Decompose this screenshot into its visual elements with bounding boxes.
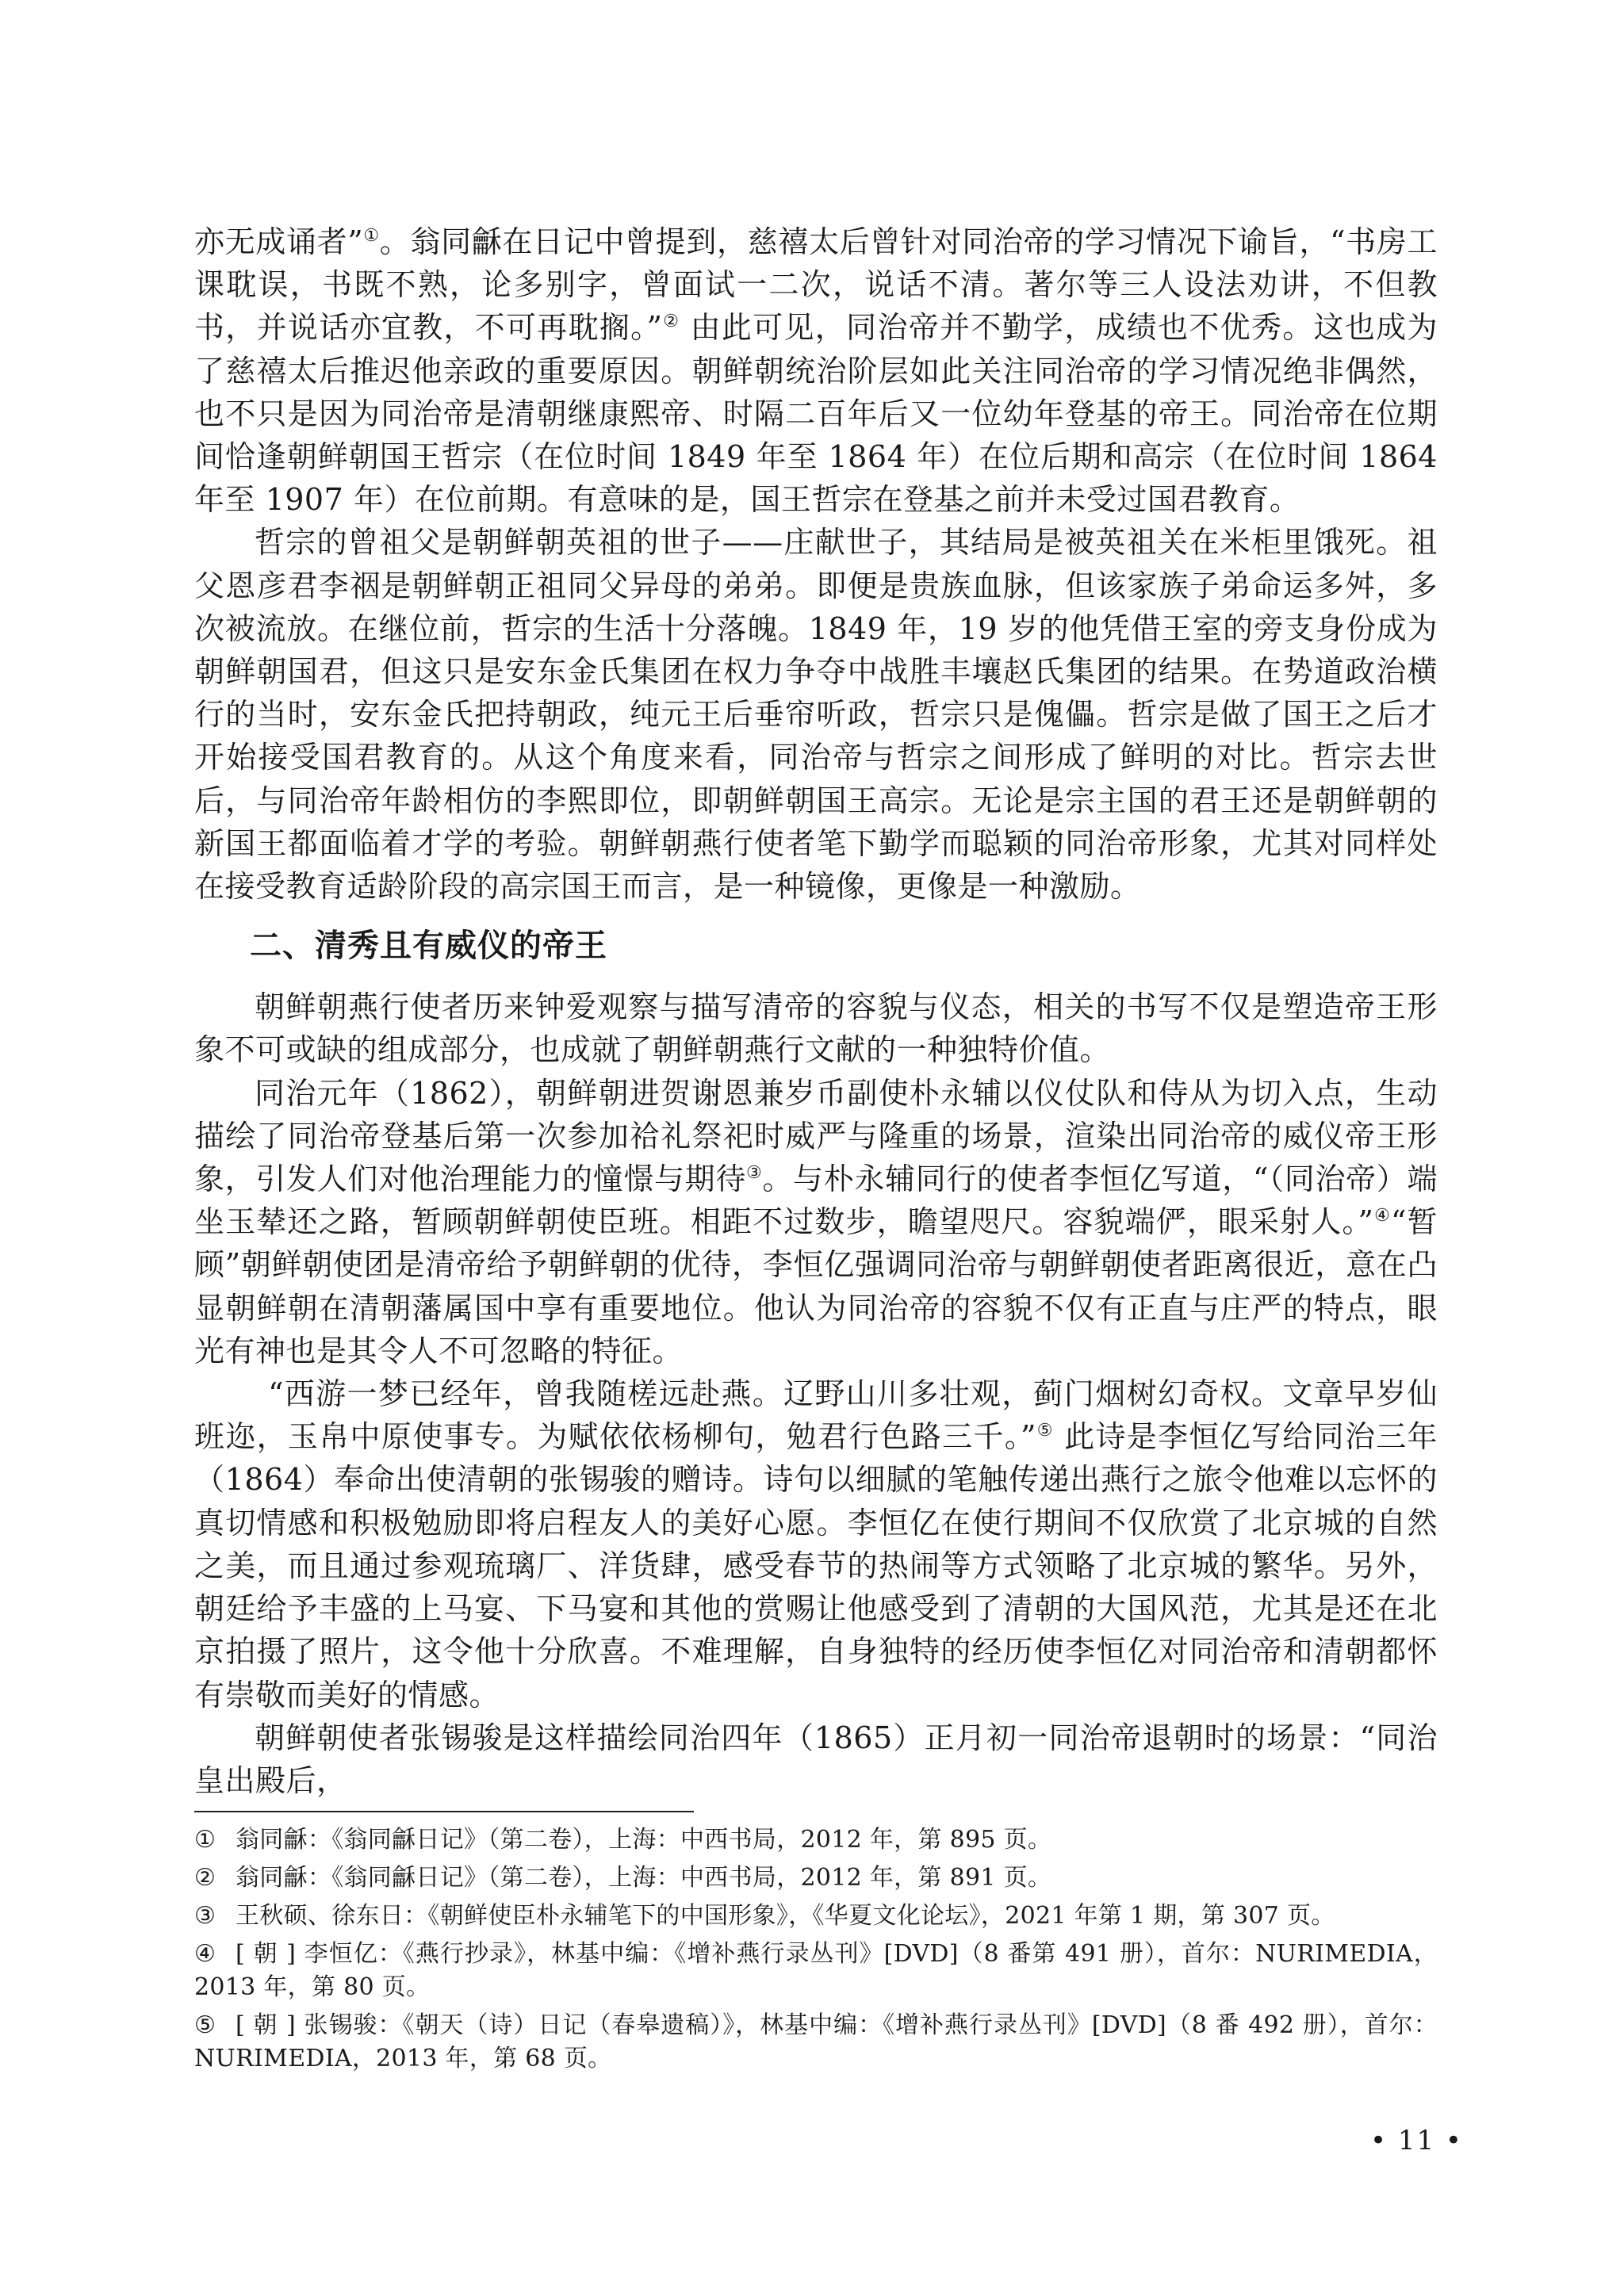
paragraph-text: 朝鲜朝燕行使者历来钟爱观察与描写清帝的容貌与仪态，相关的书写不仅是塑造帝王形象不… — [194, 989, 1438, 1067]
paragraph-text: 哲宗的曾祖父是朝鲜朝英祖的世子——庄献世子，其结局是被英祖关在米柜里饿死。祖父恩… — [194, 525, 1438, 904]
page-number: • 11 • — [1370, 2125, 1463, 2156]
paragraph: 同治元年（1862），朝鲜朝进贺谢恩兼岁币副使朴永辅以仪仗队和侍从为切入点，生动… — [194, 1072, 1438, 1372]
paragraph-group-section: 朝鲜朝燕行使者历来钟爱观察与描写清帝的容貌与仪态，相关的书写不仅是塑造帝王形象不… — [194, 985, 1438, 1802]
footnote-reference[interactable]: ③ — [746, 1163, 762, 1183]
footnote-marker: ① — [194, 1823, 236, 1857]
footnotes: ①翁同龢：《翁同龢日记》（第二卷），上海：中西书局，2012 年，第 895 页… — [194, 1823, 1438, 2080]
paragraph: 哲宗的曾祖父是朝鲜朝英祖的世子——庄献世子，其结局是被英祖关在米柜里饿死。祖父恩… — [194, 521, 1438, 908]
paragraph-text: 朝鲜朝使者张锡骏是这样描绘同治四年（1865）正月初一同治帝退朝时的场景：“同治… — [194, 1720, 1438, 1798]
footnote-text: 翁同龢：《翁同龢日记》（第二卷），上海：中西书局，2012 年，第 891 页。 — [236, 1864, 1051, 1892]
footnote-reference[interactable]: ④ — [1373, 1206, 1390, 1226]
footnote-divider — [194, 1811, 694, 1812]
paragraph: 亦无成诵者”①。翁同龢在日记中曾提到，慈禧太后曾针对同治帝的学习情况下谕旨，“书… — [194, 220, 1438, 521]
footnote-reference[interactable]: ① — [363, 226, 380, 246]
footnote-text: [ 朝 ] 李恒亿：《燕行抄录》，林基中编：《增补燕行录丛刊》[DVD]（8 番… — [194, 1940, 1438, 2001]
footnote-marker: ③ — [194, 1900, 236, 1933]
paragraph-text: 此诗是李恒亿写给同治三年（1864）奉命出使清朝的张锡骏的赠诗。诗句以细腻的笔触… — [194, 1419, 1438, 1712]
footnote-marker: ⑤ — [194, 2009, 236, 2042]
section-heading: 二、清秀且有威仪的帝王 — [194, 922, 1438, 970]
paragraph: 朝鲜朝燕行使者历来钟爱观察与描写清帝的容貌与仪态，相关的书写不仅是塑造帝王形象不… — [194, 985, 1438, 1071]
footnote-marker: ② — [194, 1862, 236, 1895]
footnote-item: ③王秋硕、徐东日：《朝鲜使臣朴永辅笔下的中国形象》，《华夏文化论坛》，2021 … — [194, 1900, 1438, 1933]
footnote-marker: ④ — [194, 1938, 236, 1971]
footnote-text: [ 朝 ] 张锡骏：《朝天（诗）日记（春皋遗稿）》，林基中编：《增补燕行录丛刊》… — [194, 2011, 1438, 2072]
footnote-item: ②翁同龢：《翁同龢日记》（第二卷），上海：中西书局，2012 年，第 891 页… — [194, 1862, 1438, 1895]
footnote-reference[interactable]: ⑤ — [1036, 1421, 1054, 1441]
footnote-item: ⑤[ 朝 ] 张锡骏：《朝天（诗）日记（春皋遗稿）》，林基中编：《增补燕行录丛刊… — [194, 2009, 1438, 2076]
footnote-reference[interactable]: ② — [662, 312, 680, 331]
footnote-item: ①翁同龢：《翁同龢日记》（第二卷），上海：中西书局，2012 年，第 895 页… — [194, 1823, 1438, 1857]
paragraph: “西游一梦已经年，曾我随槎远赴燕。辽野山川多壮观，蓟门烟树幻奇权。文章早岁仙班迩… — [194, 1372, 1438, 1716]
footnote-item: ④[ 朝 ] 李恒亿：《燕行抄录》，林基中编：《增补燕行录丛刊》[DVD]（8 … — [194, 1938, 1438, 2004]
body-text: 亦无成诵者”①。翁同龢在日记中曾提到，慈禧太后曾针对同治帝的学习情况下谕旨，“书… — [194, 220, 1438, 1802]
document-page: 亦无成诵者”①。翁同龢在日记中曾提到，慈禧太后曾针对同治帝的学习情况下谕旨，“书… — [0, 0, 1624, 2296]
paragraph-text: 亦无成诵者” — [194, 224, 363, 259]
paragraph: 朝鲜朝使者张锡骏是这样描绘同治四年（1865）正月初一同治帝退朝时的场景：“同治… — [194, 1716, 1438, 1802]
paragraph-group-intro: 亦无成诵者”①。翁同龢在日记中曾提到，慈禧太后曾针对同治帝的学习情况下谕旨，“书… — [194, 220, 1438, 908]
footnote-text: 王秋硕、徐东日：《朝鲜使臣朴永辅笔下的中国形象》，《华夏文化论坛》，2021 年… — [236, 1902, 1335, 1930]
footnote-text: 翁同龢：《翁同龢日记》（第二卷），上海：中西书局，2012 年，第 895 页。 — [236, 1826, 1051, 1854]
